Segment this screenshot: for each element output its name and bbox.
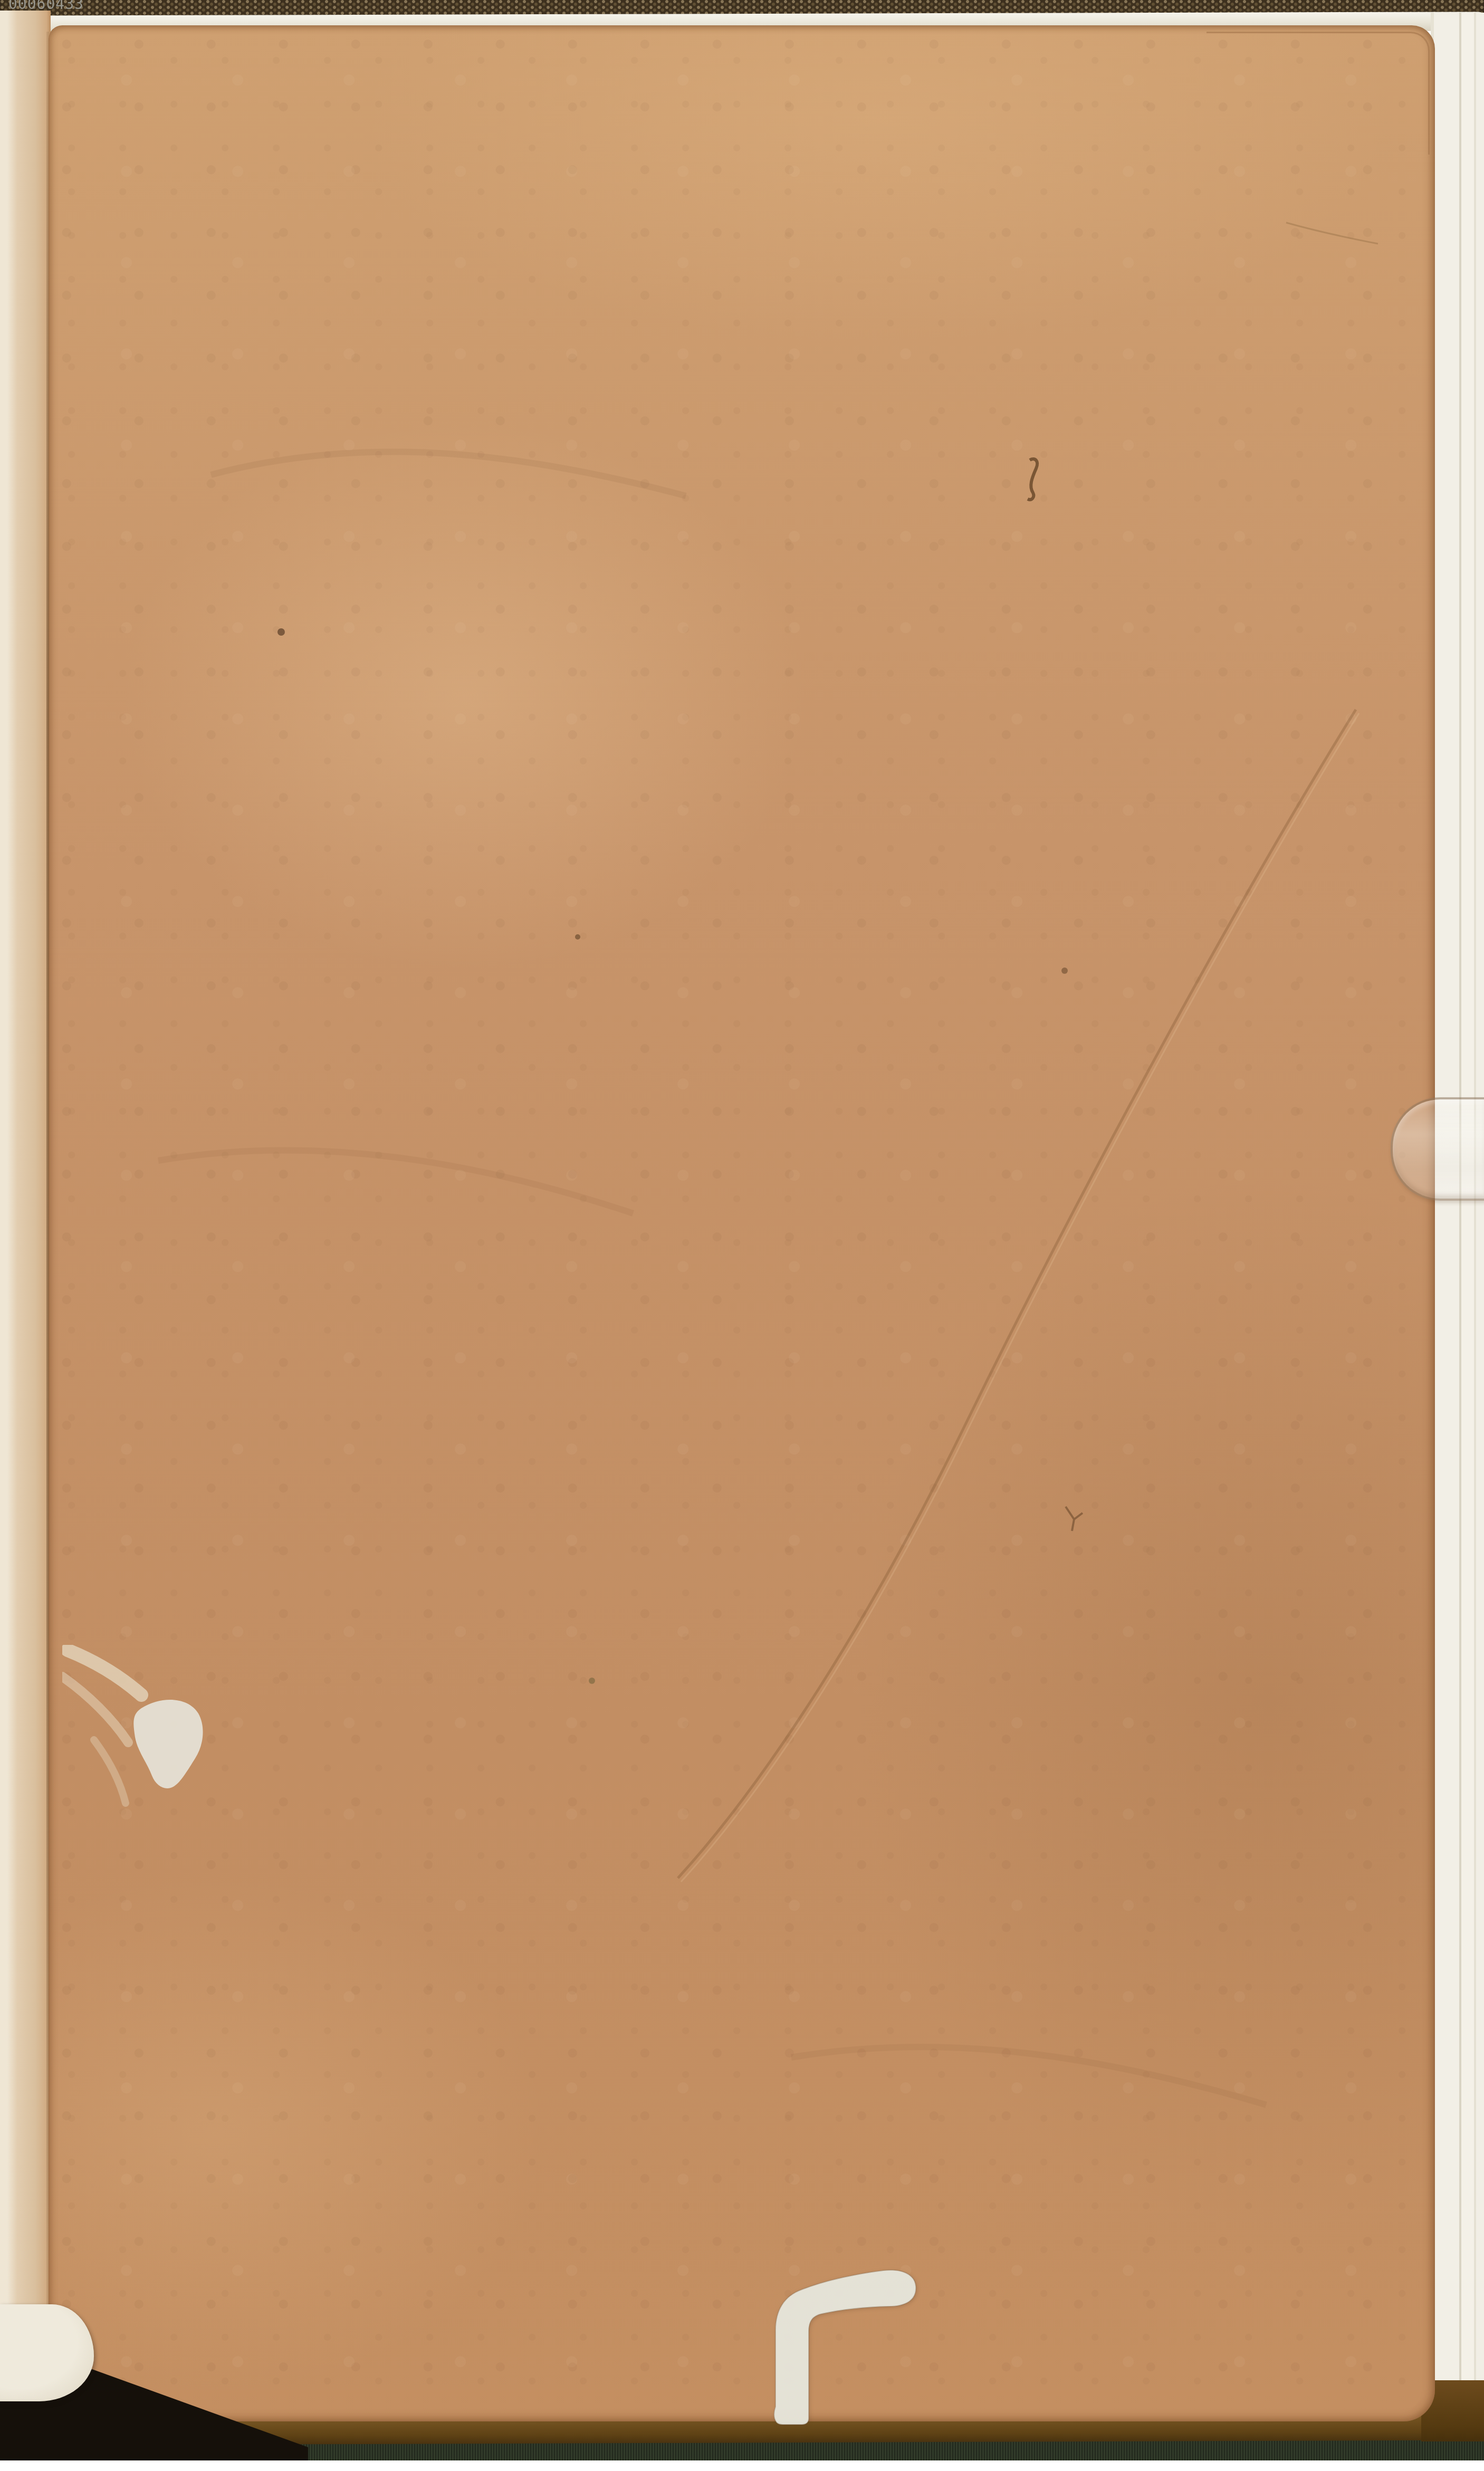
plastic-film-tab	[1391, 1097, 1484, 1201]
blank-brown-page	[49, 25, 1435, 2421]
book-scan-stage: 00060433	[0, 0, 1484, 2471]
page-mottle-texture	[49, 25, 1435, 2421]
page-gutter-crease-line	[46, 32, 49, 2316]
page-top-right-corner-crease	[1207, 32, 1430, 155]
endpaper-gutter-strip	[0, 11, 51, 2348]
digitization-id-watermark: 00060433	[8, 0, 84, 13]
